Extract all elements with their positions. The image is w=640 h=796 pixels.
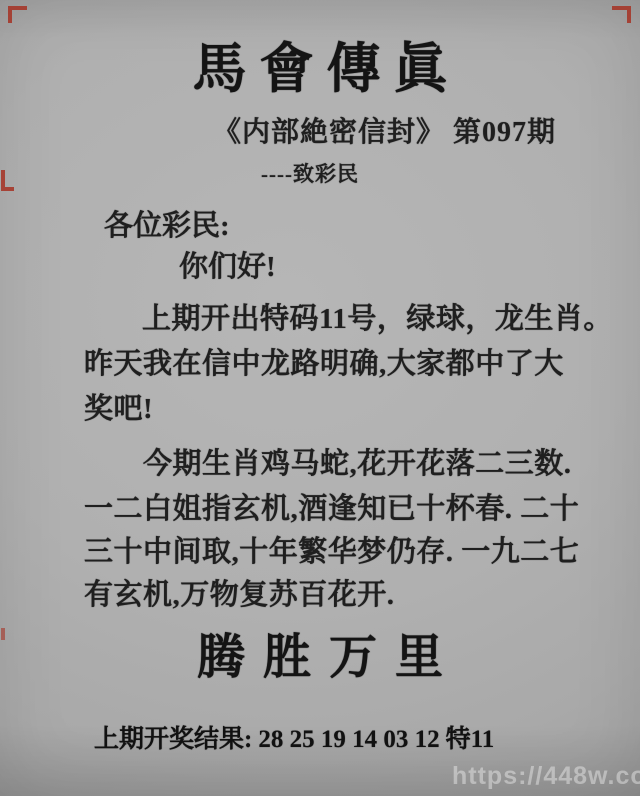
- salutation: 各位彩民:: [104, 203, 230, 244]
- slogan: 腾胜万里: [0, 632, 640, 685]
- special-number: 11: [471, 726, 495, 753]
- paragraph2-line1: 今期生肖鸡马蛇,花开花落二三数.: [143, 441, 572, 482]
- paragraph2-line2: 一二白姐指玄机,酒逢知已十杯春. 二十: [84, 486, 579, 527]
- paragraph2-line4: 有玄机,万物复苏百花开.: [84, 572, 395, 613]
- greeting: 你们好!: [179, 244, 276, 285]
- last-draw-results: 上期开奖结果:28 25 19 14 03 12特11: [94, 719, 500, 755]
- dedication-line: ----致彩民: [261, 158, 359, 188]
- issue-subtitle: 《内部絶密信封》 第097期: [213, 110, 556, 150]
- page-title: 馬會傳眞: [0, 38, 640, 100]
- fax-paper-photo: 馬會傳眞 《内部絶密信封》 第097期 ----致彩民 各位彩民: 你们好! 上…: [0, 0, 640, 796]
- paragraph1-line3: 奖吧!: [84, 386, 153, 427]
- special-number-prefix: 特: [446, 726, 471, 753]
- paragraph1-line2: 昨天我在信中龙路明确,大家都中了大: [84, 341, 564, 382]
- watermark-url: https://448w.com: [452, 762, 640, 791]
- last-draw-numbers: 28 25 19 14 03 12: [258, 726, 439, 753]
- red-crop-mark-top-left: [8, 6, 27, 23]
- paragraph2-line3: 三十中间取,十年繁华梦仍存. 一九二七: [84, 529, 579, 570]
- paragraph1-line1: 上期开出特码11号，绿球，龙生肖。: [142, 296, 613, 337]
- red-crop-mark-top-right: [612, 6, 631, 23]
- last-draw-label: 上期开奖结果:: [94, 726, 252, 753]
- red-crop-mark-left-middle: [1, 170, 14, 191]
